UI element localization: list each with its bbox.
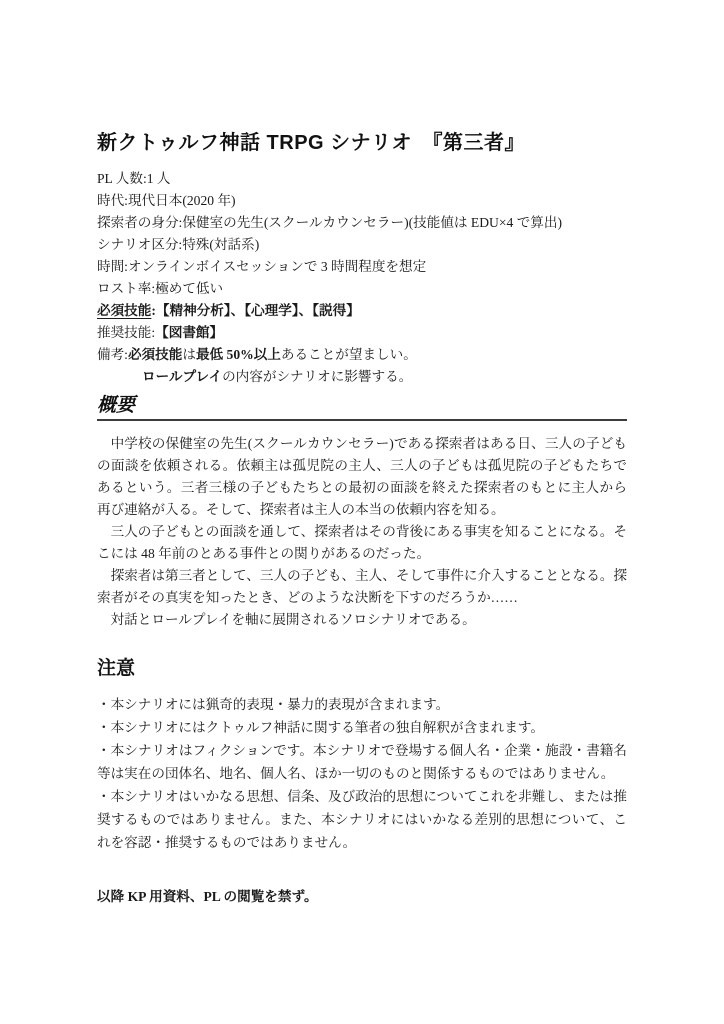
remarks-bold-roleplay: ロールプレイ: [142, 369, 222, 384]
meta-line-era: 時代:現代日本(2020 年): [97, 190, 627, 212]
scenario-meta-block: PL 人数:1 人 時代:現代日本(2020 年) 探索者の身分:保健室の先生(…: [97, 168, 627, 388]
meta-line-remarks-continued: ロールプレイの内容がシナリオに影響する。: [97, 366, 627, 388]
meta-line-investigator-role: 探索者の身分:保健室の先生(スクールカウンセラー)(技能値は EDU×4 で算出…: [97, 212, 627, 234]
meta-line-scenario-type: シナリオ区分:特殊(対話系): [97, 234, 627, 256]
overview-paragraph-3: 探索者は第三者として、三人の子ども、主人、そして事件に介入することとなる。探索者…: [97, 565, 627, 609]
remarks-bold-required-skills: 必須技能: [128, 347, 182, 362]
meta-line-loss-rate: ロスト率:極めて低い: [97, 278, 627, 300]
remarks-bold-percentage: 最低 50%以上: [196, 347, 281, 362]
kp-materials-notice: 以降 KP 用資料、PL の閲覧を禁ず。: [97, 886, 627, 908]
caution-section: ・本シナリオには猟奇的表現・暴力的表現が含まれます。 ・本シナリオにはクトゥルフ…: [97, 693, 627, 854]
required-skills-label: 必須技能: [97, 303, 151, 318]
section-heading-overview: 概要: [97, 394, 627, 421]
recommended-skills-value: 【図書館】: [155, 325, 223, 340]
remarks-text-tail: あることが望ましい。: [281, 347, 417, 362]
overview-paragraph-2: 三人の子どもとの面談を通して、探索者はその背後にある事実を知ることになる。そこに…: [97, 521, 627, 565]
remarks-roleplay-text: の内容がシナリオに影響する。: [222, 369, 412, 384]
document-page: 新クトゥルフ神話 TRPG シナリオ 『第三者』 PL 人数:1 人 時代:現代…: [0, 0, 724, 1024]
meta-line-recommended-skills: 推奨技能:【図書館】: [97, 322, 627, 344]
remarks-label: 備考:: [97, 347, 128, 362]
meta-line-remarks: 備考:必須技能は最低 50%以上あることが望ましい。: [97, 344, 627, 366]
overview-section: 中学校の保健室の先生(スクールカウンセラー)である探索者はある日、三人の子どもの…: [97, 433, 627, 631]
caution-item-4: ・本シナリオはいかなる思想、信条、及び政治的思想についてこれを非難し、または推奨…: [97, 785, 627, 854]
page-title: 新クトゥルフ神話 TRPG シナリオ 『第三者』: [97, 131, 627, 155]
caution-item-3: ・本シナリオはフィクションです。本シナリオで登場する個人名・企業・施設・書籍名等…: [97, 739, 627, 785]
caution-item-1: ・本シナリオには猟奇的表現・暴力的表現が含まれます。: [97, 693, 627, 716]
meta-line-pl-count: PL 人数:1 人: [97, 168, 627, 190]
remarks-text: は: [182, 347, 196, 362]
required-skills-value: :【精神分析】、【心理学】、【説得】: [151, 303, 359, 318]
meta-line-duration: 時間:オンラインボイスセッションで 3 時間程度を想定: [97, 256, 627, 278]
caution-item-2: ・本シナリオにはクトゥルフ神話に関する筆者の独自解釈が含まれます。: [97, 716, 627, 739]
meta-line-required-skills: 必須技能:【精神分析】、【心理学】、【説得】: [97, 300, 627, 322]
overview-paragraph-4: 対話とロールプレイを軸に展開されるソロシナリオである。: [97, 609, 627, 631]
section-heading-caution: 注意: [97, 656, 627, 682]
recommended-skills-label: 推奨技能:: [97, 325, 155, 340]
overview-paragraph-1: 中学校の保健室の先生(スクールカウンセラー)である探索者はある日、三人の子どもの…: [97, 433, 627, 521]
